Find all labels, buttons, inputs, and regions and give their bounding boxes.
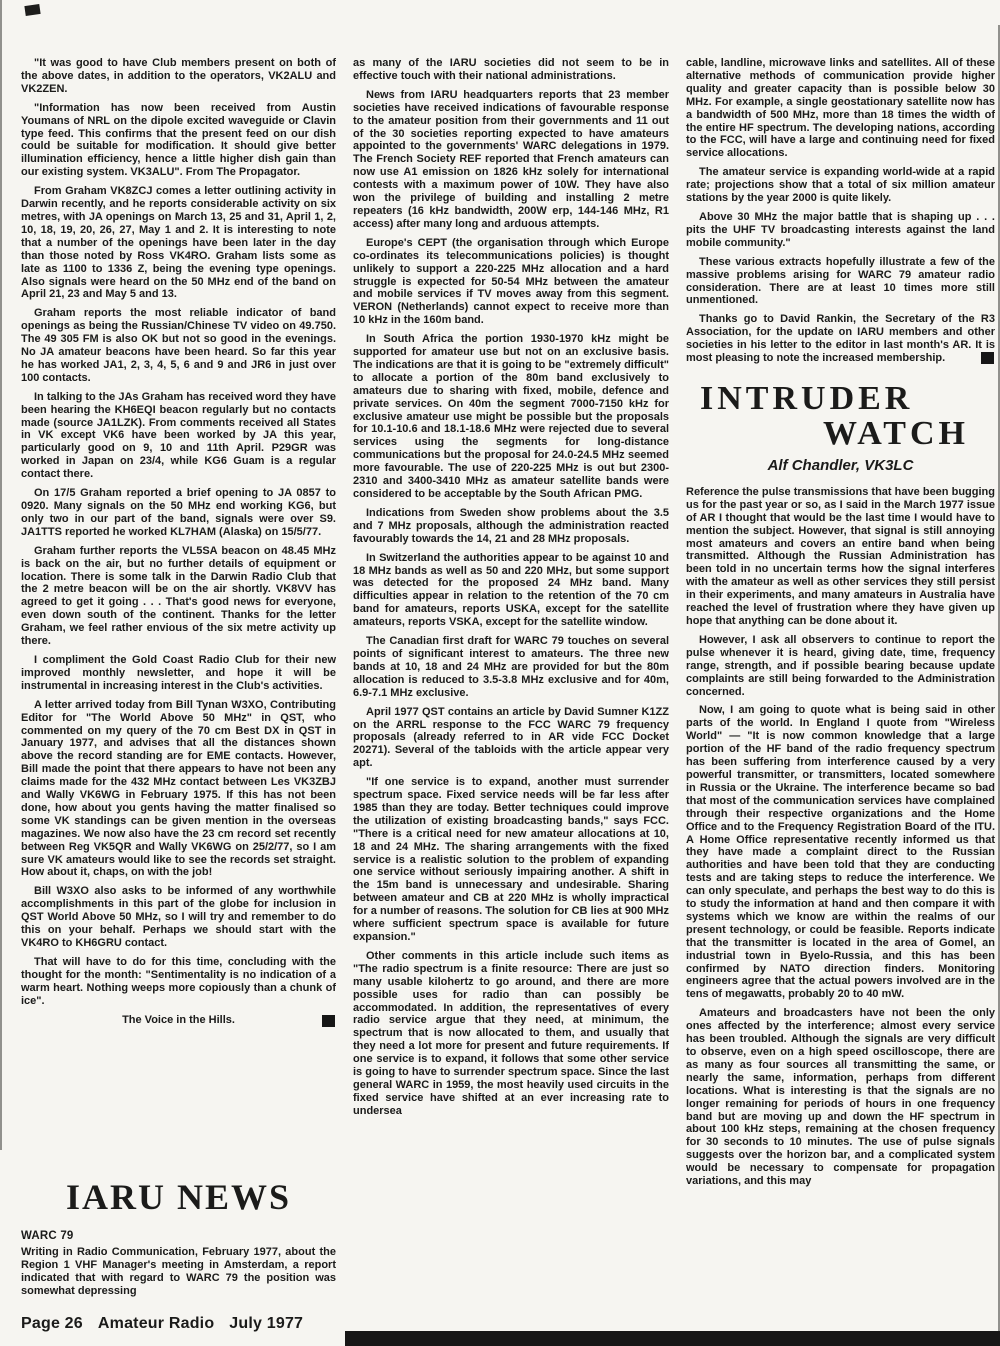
- paragraph: Thanks go to David Rankin, the Secretary…: [686, 313, 995, 365]
- paragraph: From Graham VK8ZCJ comes a letter outlin…: [21, 185, 336, 301]
- intruder-watch-heading-line2: WATCH: [686, 416, 969, 451]
- scan-edge-left: [0, 0, 2, 1150]
- footer-magazine-title: Amateur Radio: [98, 1315, 214, 1333]
- paragraph: In Switzerland the authorities appear to…: [353, 552, 669, 629]
- paragraph: Above 30 MHz the major battle that is sh…: [686, 211, 995, 250]
- paragraph: Indications from Sweden show problems ab…: [353, 507, 669, 546]
- sign-off-text: The Voice in the Hills.: [122, 1014, 235, 1026]
- intruder-watch-heading-line1: INTRUDER: [700, 381, 995, 416]
- paragraph: Europe's CEPT (the organisation through …: [353, 237, 669, 327]
- scan-artifact-mark: [24, 4, 40, 16]
- end-of-article-icon: [981, 352, 994, 364]
- iaru-news-heading: IARU NEWS: [21, 1178, 336, 1216]
- paragraph: The amateur service is expanding world-w…: [686, 166, 995, 205]
- byline: Alf Chandler, VK3LC: [686, 457, 995, 474]
- paragraph: The Canadian first draft for WARC 79 tou…: [353, 635, 669, 700]
- scan-bottom-bar: [345, 1331, 1000, 1346]
- warc79-subheading: WARC 79: [21, 1230, 336, 1242]
- footer-page-number: Page 26: [21, 1315, 83, 1333]
- footer-issue-date: July 1977: [229, 1315, 303, 1333]
- paragraph: as many of the IARU societies did not se…: [353, 57, 669, 83]
- paragraph: On 17/5 Graham reported a brief opening …: [21, 487, 336, 539]
- paragraph: Now, I am going to quote what is being s…: [686, 704, 995, 1001]
- paragraph: News from IARU headquarters reports that…: [353, 89, 669, 231]
- paragraph: Graham reports the most reliable indicat…: [21, 307, 336, 384]
- column-3: cable, landline, microwave links and sat…: [686, 57, 995, 1312]
- paragraph: In talking to the JAs Graham has receive…: [21, 391, 336, 481]
- column-1: "It was good to have Club members presen…: [21, 57, 336, 1177]
- paragraph: Writing in Radio Communication, February…: [21, 1246, 336, 1298]
- paragraph: April 1977 QST contains an article by Da…: [353, 706, 669, 771]
- paragraph: That will have to do for this time, conc…: [21, 956, 336, 1008]
- article-sign-off: The Voice in the Hills.: [21, 1014, 336, 1027]
- columns: "It was good to have Club members presen…: [21, 57, 995, 1312]
- paragraph: I compliment the Gold Coast Radio Club f…: [21, 654, 336, 693]
- paragraph: Bill W3XO also asks to be informed of an…: [21, 885, 336, 950]
- paragraph: "It was good to have Club members presen…: [21, 57, 336, 96]
- paragraph: cable, landline, microwave links and sat…: [686, 57, 995, 160]
- column-2: as many of the IARU societies did not se…: [353, 57, 669, 1312]
- paragraph: Other comments in this article include s…: [353, 950, 669, 1118]
- paragraph: In South Africa the portion 1930-1970 kH…: [353, 333, 669, 501]
- paragraph: Amateurs and broadcasters have not been …: [686, 1007, 995, 1188]
- paragraph: Reference the pulse transmissions that h…: [686, 486, 995, 628]
- page-footer: Page 26 Amateur Radio July 1977: [21, 1315, 303, 1333]
- intruder-watch-header: INTRUDER WATCH Alf Chandler, VK3LC: [686, 381, 995, 474]
- end-of-article-icon: [322, 1015, 335, 1027]
- paragraph: A letter arrived today from Bill Tynan W…: [21, 699, 336, 880]
- paragraph: However, I ask all observers to continue…: [686, 634, 995, 699]
- paragraph: "If one service is to expand, another mu…: [353, 776, 669, 944]
- magazine-page: "It was good to have Club members presen…: [0, 0, 1000, 1346]
- paragraph-text: Thanks go to David Rankin, the Secretary…: [686, 313, 995, 364]
- paragraph: "Information has now been received from …: [21, 102, 336, 179]
- paragraph: Graham further reports the VL5SA beacon …: [21, 545, 336, 648]
- iaru-news-section: IARU NEWS WARC 79 Writing in Radio Commu…: [21, 1178, 336, 1304]
- paragraph: These various extracts hopefully illustr…: [686, 256, 995, 308]
